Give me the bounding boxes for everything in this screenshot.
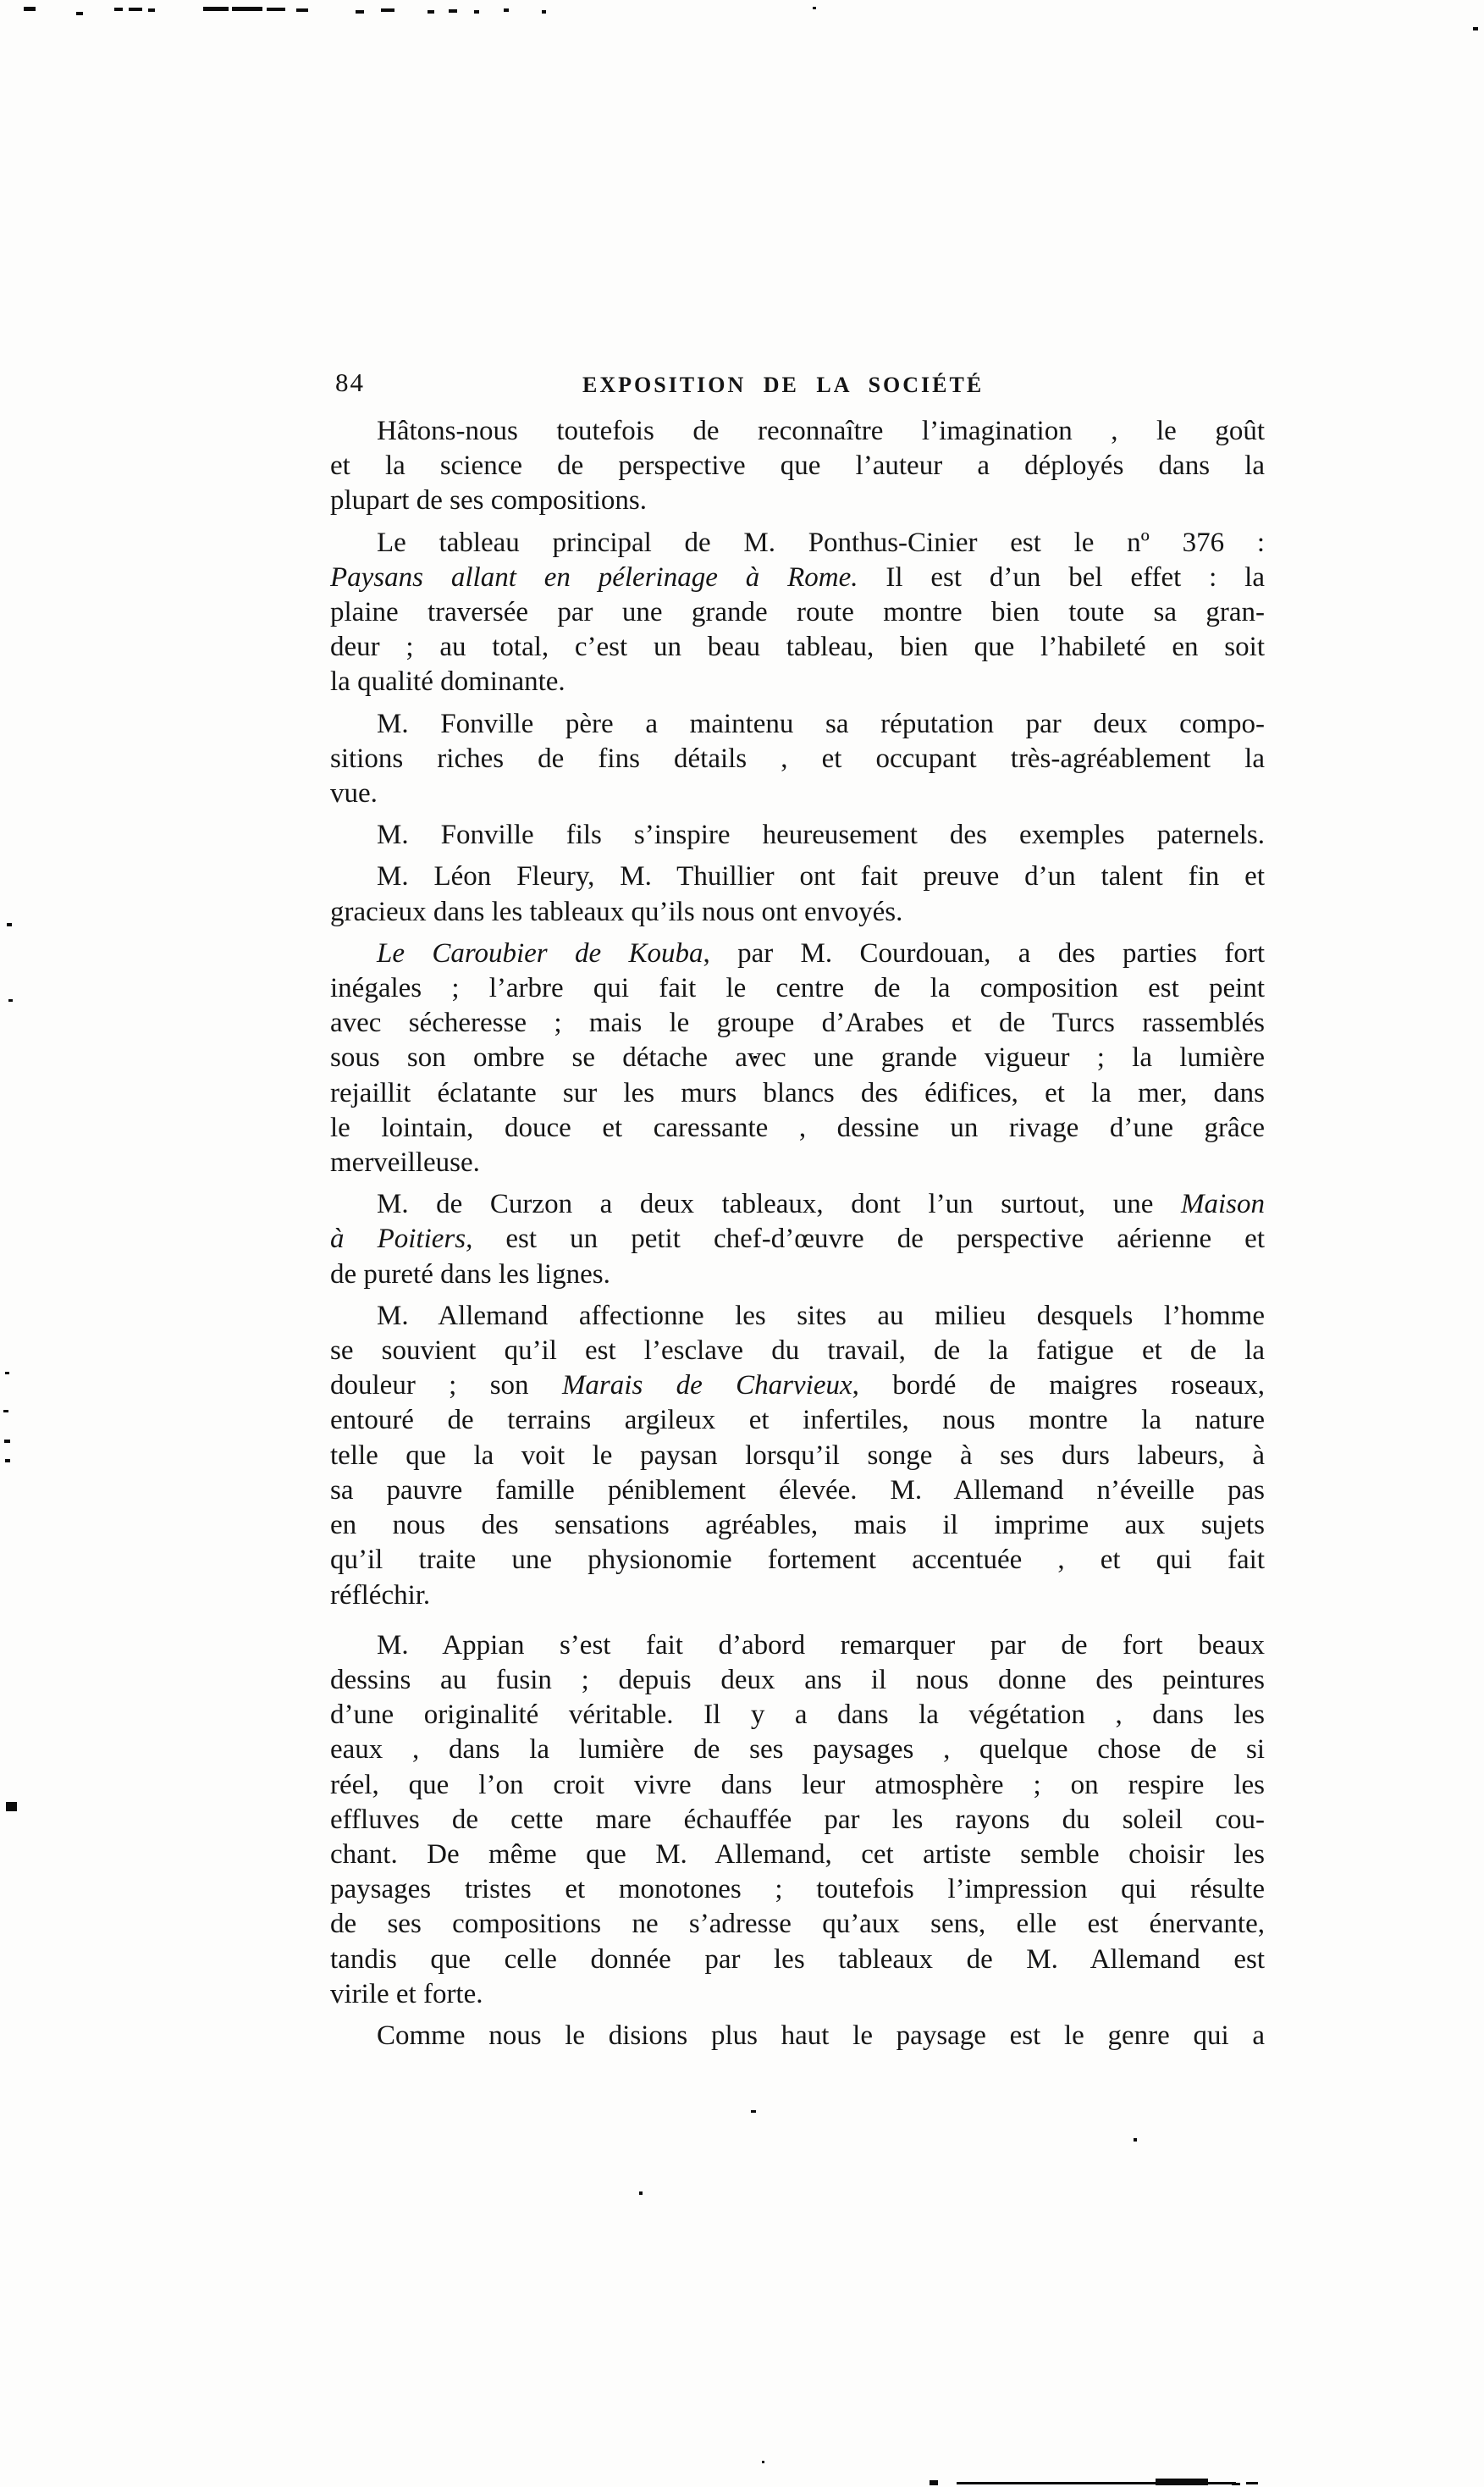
scan-speck [5, 1459, 10, 1462]
scan-speck [813, 7, 816, 9]
scan-speck [24, 7, 36, 11]
scan-speck [5, 1372, 9, 1374]
scan-speck [1232, 2483, 1240, 2485]
scan-speck [296, 8, 308, 12]
scan-speck [504, 8, 509, 12]
scan-speck [4, 1440, 10, 1443]
scan-speck [232, 7, 262, 11]
scan-speck [449, 9, 457, 13]
scan-speck [639, 2191, 643, 2195]
scan-speck [76, 12, 83, 15]
scan-speck [114, 8, 123, 11]
scan-speck [751, 2110, 756, 2113]
scan-speck [762, 2461, 764, 2463]
scan-speck [542, 10, 546, 14]
scan-speck [6, 1802, 17, 1811]
scanned-book-page: { "page": { "number": "84", "running_tit… [0, 0, 1484, 2487]
scan-speck [381, 8, 394, 12]
scan-speck [8, 999, 13, 1002]
scan-speck [1246, 2482, 1258, 2484]
scan-speck [129, 8, 142, 11]
scan-speck [1473, 27, 1478, 30]
scan-speck [356, 10, 364, 14]
scan-speck [7, 923, 12, 926]
scan-speck [753, 1056, 757, 1058]
scan-speck [1134, 2138, 1137, 2142]
scan-speck [1156, 2479, 1208, 2485]
scan-speck [1219, 2482, 1226, 2484]
scan-speck [203, 7, 229, 11]
scan-speck [267, 8, 285, 11]
scan-speck [148, 8, 155, 12]
scan-speck [3, 1410, 8, 1412]
scan-noise-layer [0, 0, 1484, 2487]
scan-speck [930, 2480, 938, 2485]
scan-speck [428, 10, 434, 14]
scan-speck [474, 10, 479, 14]
